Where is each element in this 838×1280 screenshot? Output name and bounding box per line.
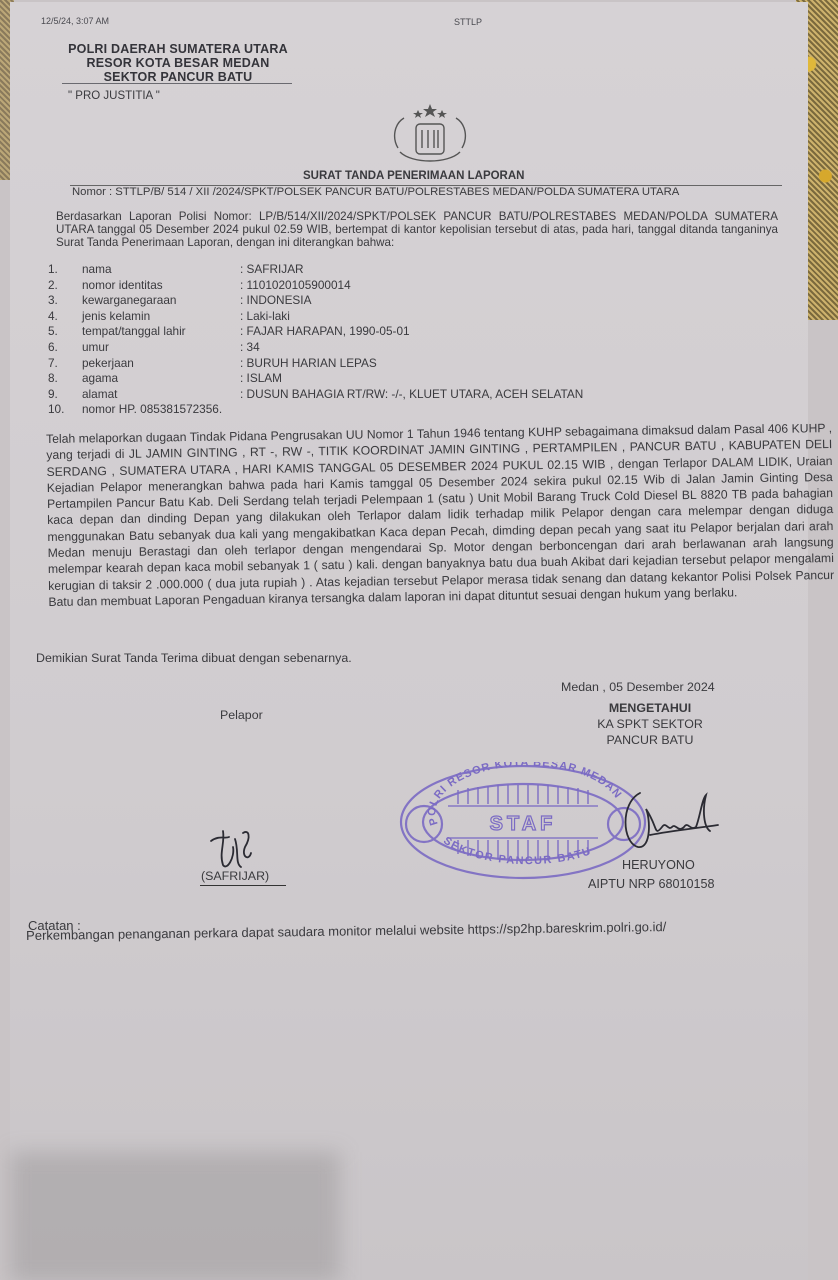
stamp-center-text: STAF (490, 813, 557, 835)
identity-row: 8.agama: ISLAM (48, 371, 688, 387)
identity-row: 2.nomor identitas: 1101020105900014 (48, 278, 688, 294)
field-label: nama (82, 262, 112, 276)
identity-row: 10.nomor HP. 085381572356. (48, 402, 688, 418)
identity-row: 5.tempat/tanggal lahir: FAJAR HARAPAN, 1… (48, 324, 688, 340)
reporter-name: (SAFRIJAR) (201, 869, 269, 883)
closing-statement: Demikian Surat Tanda Terima dibuat denga… (36, 651, 352, 665)
row-number: 8. (48, 371, 58, 385)
print-timestamp: 12/5/24, 3:07 AM (41, 16, 109, 26)
field-label: jenis kelamin (82, 309, 150, 323)
row-number: 3. (48, 293, 58, 307)
letterhead: POLRI DAERAH SUMATERA UTARA RESOR KOTA B… (58, 42, 298, 84)
row-number: 9. (48, 387, 58, 401)
row-number: 7. (48, 356, 58, 370)
field-value: : FAJAR HARAPAN, 1990-05-01 (240, 324, 410, 338)
identity-row: 9.alamat: DUSUN BAHAGIA RT/RW: -/-, KLUE… (48, 387, 688, 403)
field-label: umur (82, 340, 109, 354)
reporter-identity-list: 1.nama: SAFRIJAR 2.nomor identitas: 1101… (48, 262, 688, 418)
field-label: pekerjaan (82, 356, 134, 370)
field-value: : 1101020105900014 (240, 278, 351, 292)
place-date: Medan , 05 Desember 2024 (561, 680, 715, 694)
field-label: tempat/tanggal lahir (82, 324, 186, 338)
identity-row: 7.pekerjaan: BURUH HARIAN LEPAS (48, 356, 688, 372)
row-number: 5. (48, 324, 58, 338)
acknowledged-label: MENGETAHUI (570, 700, 730, 716)
reporter-label: Pelapor (220, 708, 263, 722)
officer-nrp: AIPTU NRP 68010158 (588, 877, 714, 891)
field-value: : 34 (240, 340, 260, 354)
police-emblem-icon (388, 102, 472, 168)
row-number: 4. (48, 309, 58, 323)
field-label: alamat (82, 387, 117, 401)
document-number: Nomor : STTLP/B/ 514 / XII /2024/SPKT/PO… (72, 186, 679, 198)
officer-signature-block: MENGETAHUI KA SPKT SEKTOR PANCUR BATU (570, 700, 730, 748)
intro-paragraph: Berdasarkan Laporan Polisi Nomor: LP/B/5… (56, 210, 778, 250)
reporter-signature-icon (205, 827, 275, 873)
officer-position-line-1: KA SPKT SEKTOR (570, 716, 730, 732)
document-title: SURAT TANDA PENERIMAAN LAPORAN (303, 170, 524, 182)
pro-justitia: " PRO JUSTITIA " (68, 90, 160, 102)
row-number: 6. (48, 340, 58, 354)
field-label: nomor identitas (82, 278, 163, 292)
identity-row: 1.nama: SAFRIJAR (48, 262, 688, 278)
field-value: : SAFRIJAR (240, 262, 304, 276)
print-doc-code: STTLP (454, 17, 482, 27)
identity-row: 6.umur: 34 (48, 340, 688, 356)
officer-signature-icon (610, 787, 720, 857)
letterhead-divider (62, 83, 292, 84)
field-value: : DUSUN BAHAGIA RT/RW: -/-, KLUET UTARA,… (240, 387, 583, 401)
report-body-paragraph: Telah melaporkan dugaan Tindak Pidana Pe… (46, 420, 834, 610)
letterhead-line-2: RESOR KOTA BESAR MEDAN (58, 56, 298, 70)
field-label: nomor HP. 085381572356. (82, 402, 222, 416)
hand-shadow (10, 1152, 340, 1280)
row-number: 10. (48, 402, 64, 416)
field-value: : BURUH HARIAN LEPAS (240, 356, 377, 370)
field-value: : ISLAM (240, 371, 282, 385)
row-number: 2. (48, 278, 58, 292)
officer-name: HERUYONO (622, 858, 695, 872)
field-value: : INDONESIA (240, 293, 311, 307)
letterhead-line-1: POLRI DAERAH SUMATERA UTARA (58, 42, 298, 56)
officer-position-line-2: PANCUR BATU (570, 732, 730, 748)
reporter-name-underline (200, 885, 286, 886)
note-text: Perkembangan penanganan perkara dapat sa… (26, 919, 666, 943)
identity-row: 4.jenis kelamin: Laki-laki (48, 309, 688, 325)
document-page: 12/5/24, 3:07 AM STTLP POLRI DAERAH SUMA… (10, 2, 808, 1280)
field-label: agama (82, 371, 118, 385)
row-number: 1. (48, 262, 58, 276)
identity-row: 3.kewarganegaraan: INDONESIA (48, 293, 688, 309)
letterhead-line-3: SEKTOR PANCUR BATU (58, 70, 298, 84)
field-label: kewarganegaraan (82, 293, 176, 307)
field-value: : Laki-laki (240, 309, 290, 323)
